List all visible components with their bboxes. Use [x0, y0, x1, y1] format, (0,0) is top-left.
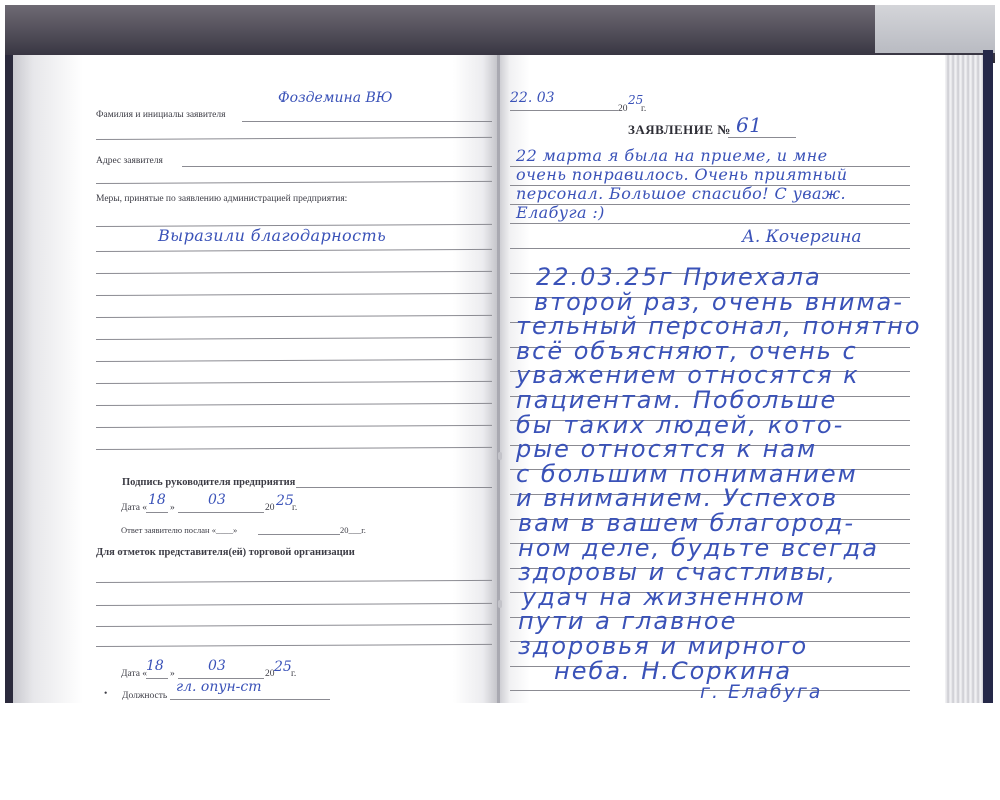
reply-sent-label: Ответ заявителю послан «____»: [121, 525, 237, 535]
date2-prefix: Дата «: [121, 669, 147, 679]
ruled-line: [510, 223, 910, 224]
entry-date: 22. 03: [510, 90, 555, 106]
note1-line: очень понравилось. Очень приятный: [516, 165, 848, 184]
scanner-lid: [875, 5, 995, 53]
measures-label: Меры, принятые по заявлению администраци…: [96, 194, 347, 204]
page-edges: [945, 55, 983, 703]
scanned-book-spread: Фамилия и инициалы заявителя Фоздемина В…: [0, 0, 1000, 703]
date2-year-suffix: г.: [291, 669, 296, 679]
bullet-mark: •: [104, 689, 107, 699]
entry-year-prefix: 20: [618, 104, 628, 114]
reply-sent-line: [258, 534, 340, 535]
date1-day-line: [146, 512, 168, 513]
address-line: [182, 166, 492, 167]
date2-day: 18: [146, 658, 164, 674]
note1-line: 22 марта я была на приеме, и мне: [516, 146, 827, 165]
date1-day: 18: [148, 492, 166, 508]
manager-signature-label: Подпись руководителя предприятия: [122, 477, 295, 488]
org-rep-label: Для отметок представителя(ей) торговой о…: [96, 547, 355, 558]
date1-year-suffix: г.: [292, 503, 297, 513]
note2-line: г. Елабуга: [700, 681, 822, 703]
position-line: [170, 699, 330, 700]
note1-signature: А. Кочергина: [742, 227, 861, 247]
position-label: Должность: [122, 691, 167, 701]
date2-year: 25: [274, 659, 292, 675]
applicant-name-value: Фоздемина ВЮ: [278, 90, 392, 106]
date2-day-line: [146, 678, 168, 679]
measures-value: Выразили благодарность: [158, 226, 386, 245]
statement-title: ЗАЯВЛЕНИЕ №: [628, 122, 731, 138]
binding-thread: [498, 452, 502, 460]
address-label: Адрес заявителя: [96, 156, 163, 166]
entry-date-line: [510, 110, 618, 111]
book-cover-left-edge: [5, 55, 13, 703]
manager-signature-line: [296, 487, 492, 488]
note1-line: персонал. Большое спасибо! С уваж.: [516, 184, 846, 203]
statement-number-line: [728, 137, 796, 138]
position-value: гл. опун-ст: [176, 679, 262, 695]
ruled-line: [510, 248, 910, 249]
left-page: [13, 55, 500, 703]
statement-number: 61: [736, 113, 762, 137]
book-cover-right-edge: [983, 50, 993, 703]
date1-sep: »: [170, 503, 175, 513]
date1-year-prefix: 20: [265, 503, 275, 513]
binding-thread: [498, 600, 502, 608]
date1-prefix: Дата «: [121, 503, 147, 513]
reply-sent-year: 20___г.: [340, 525, 366, 535]
date2-sep: »: [170, 669, 175, 679]
date1-month-line: [178, 512, 264, 513]
applicant-name-line: [242, 121, 492, 122]
entry-year-suffix: г.: [641, 104, 646, 114]
note1-line: Елабуга :): [516, 203, 605, 222]
date2-month: 03: [208, 658, 226, 674]
date1-month: 03: [208, 492, 226, 508]
applicant-name-label: Фамилия и инициалы заявителя: [96, 110, 225, 120]
